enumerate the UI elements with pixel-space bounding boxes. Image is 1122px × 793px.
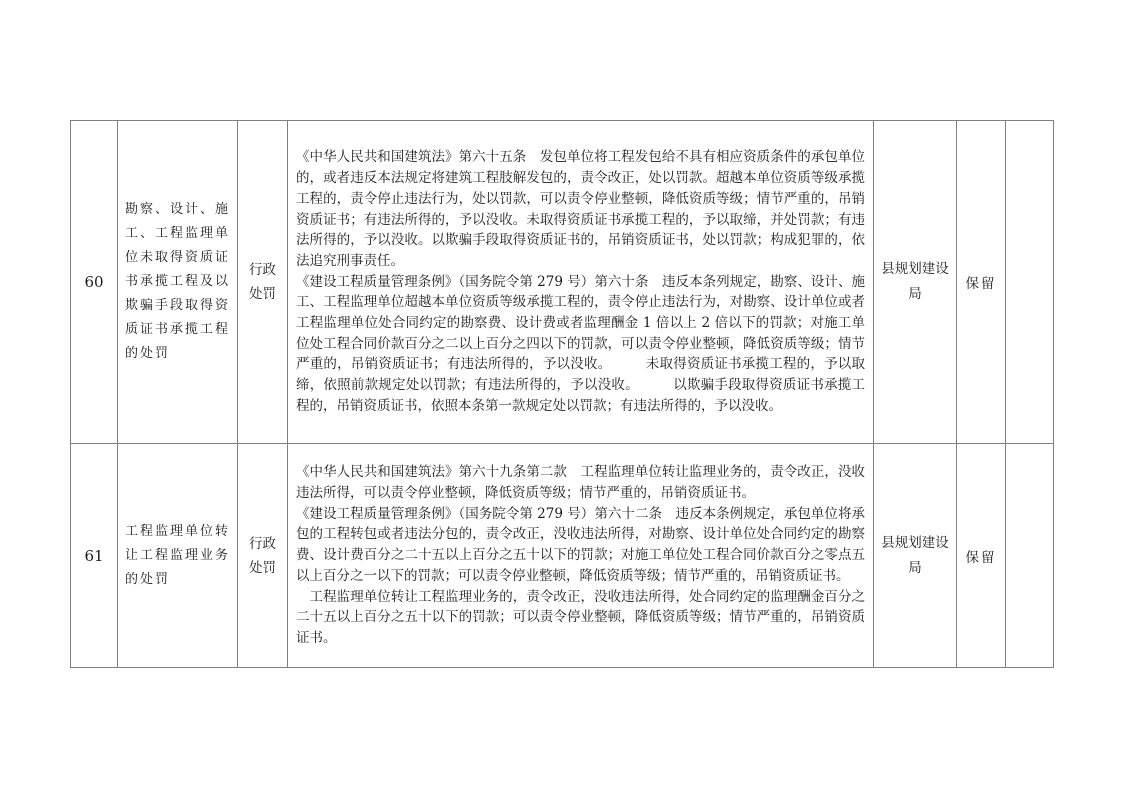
note-cell (1006, 121, 1054, 444)
legal-paragraph: 《建设工程质量管理条例》（国务院令第 279 号）第六十条 违反本条列规定，勘察… (296, 272, 865, 417)
legal-paragraph: 工程监理单位转让工程监理业务的，责令改正，没收违法所得，处合同约定的监理酬金百分… (296, 587, 865, 649)
legal-paragraph: 《建设工程质量管理条例》（国务院令第 279 号）第六十二条 违反本条例规定，承… (296, 504, 865, 587)
item-name-cell: 勘察、设计、施工、工程监理单位未取得资质证书承揽工程及以欺骗手段取得资质证书承揽… (118, 121, 238, 444)
authority-cell: 县规划建设局 (874, 121, 957, 444)
penalty-type-cell: 行政处罚 (238, 444, 288, 668)
legal-paragraph: 《中华人民共和国建筑法》第六十五条 发包单位将工程发包给不具有相应资质条件的承包… (296, 147, 865, 271)
legal-basis-cell: 《中华人民共和国建筑法》第六十九条第二款 工程监理单位转让监理业务的，责令改正，… (288, 444, 874, 668)
note-cell (1006, 444, 1054, 668)
table-row: 61 工程监理单位转让工程监理业务的处罚 行政处罚 《中华人民共和国建筑法》第六… (71, 444, 1054, 668)
authority-cell: 县规划建设局 (874, 444, 957, 668)
row-number-cell: 60 (71, 121, 118, 444)
penalty-items-table: 60 勘察、设计、施工、工程监理单位未取得资质证书承揽工程及以欺骗手段取得资质证… (70, 120, 1054, 668)
status-cell: 保留 (957, 444, 1006, 668)
status-cell: 保留 (957, 121, 1006, 444)
legal-paragraph: 《中华人民共和国建筑法》第六十九条第二款 工程监理单位转让监理业务的，责令改正，… (296, 462, 865, 503)
legal-basis-cell: 《中华人民共和国建筑法》第六十五条 发包单位将工程发包给不具有相应资质条件的承包… (288, 121, 874, 444)
penalty-type-cell: 行政处罚 (238, 121, 288, 444)
row-number-cell: 61 (71, 444, 118, 668)
table-row: 60 勘察、设计、施工、工程监理单位未取得资质证书承揽工程及以欺骗手段取得资质证… (71, 121, 1054, 444)
item-name-cell: 工程监理单位转让工程监理业务的处罚 (118, 444, 238, 668)
